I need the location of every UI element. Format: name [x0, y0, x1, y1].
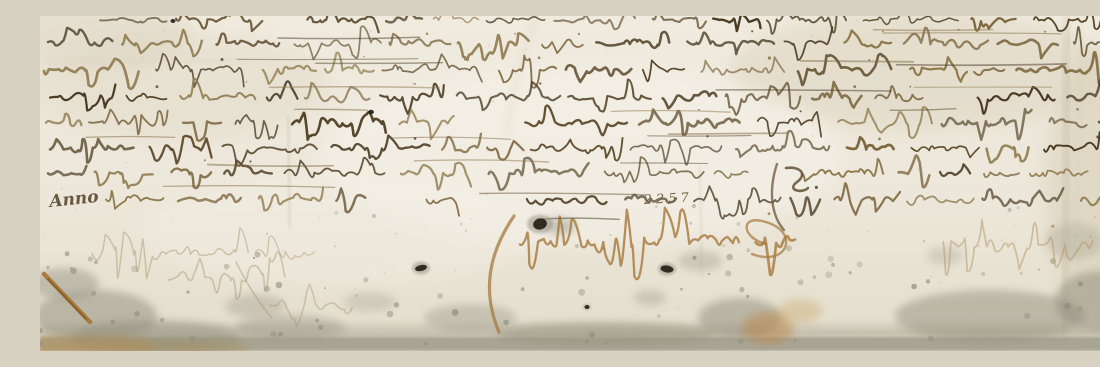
date-numerals: 2257	[642, 190, 693, 208]
manuscript-render: Anno2257	[40, 16, 1100, 351]
manuscript-scan: Anno2257 Scan of an early-modern handwri…	[40, 16, 1100, 351]
